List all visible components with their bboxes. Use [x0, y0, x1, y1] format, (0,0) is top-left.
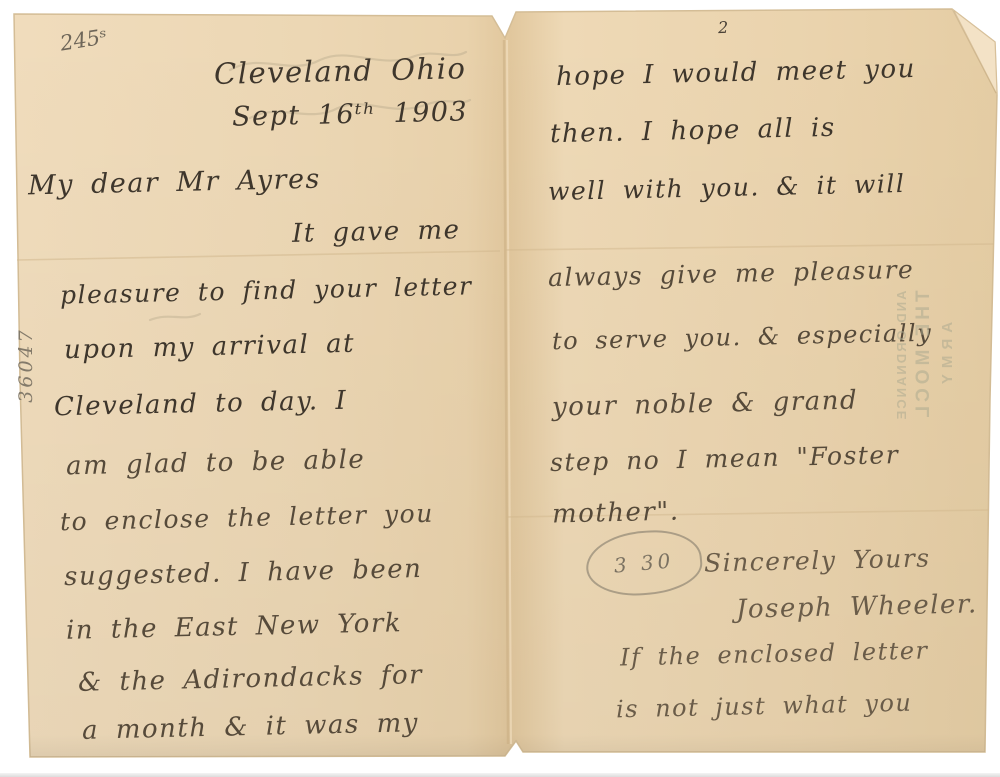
closing: Sincerely Yours [704, 543, 931, 577]
date-line: Sept 16ᵗʰ 1903 [232, 96, 469, 132]
place-line: Cleveland Ohio [214, 51, 467, 91]
page-number: 2 [718, 18, 729, 37]
letter-scan: Cleveland Ohio Sept 16ᵗʰ 1903 My dear Mr… [0, 0, 1000, 777]
letter-line: It gave me [292, 215, 461, 249]
salutation: My dear Mr Ayres [28, 164, 322, 202]
scanner-edge-shadow [0, 773, 1000, 777]
circled-pencil-text: 3 30 [613, 548, 675, 577]
signature: Joseph Wheeler. [736, 589, 978, 624]
letter-line: mother". [552, 497, 680, 530]
pencil-annotation-36047: 36047 [15, 307, 41, 423]
